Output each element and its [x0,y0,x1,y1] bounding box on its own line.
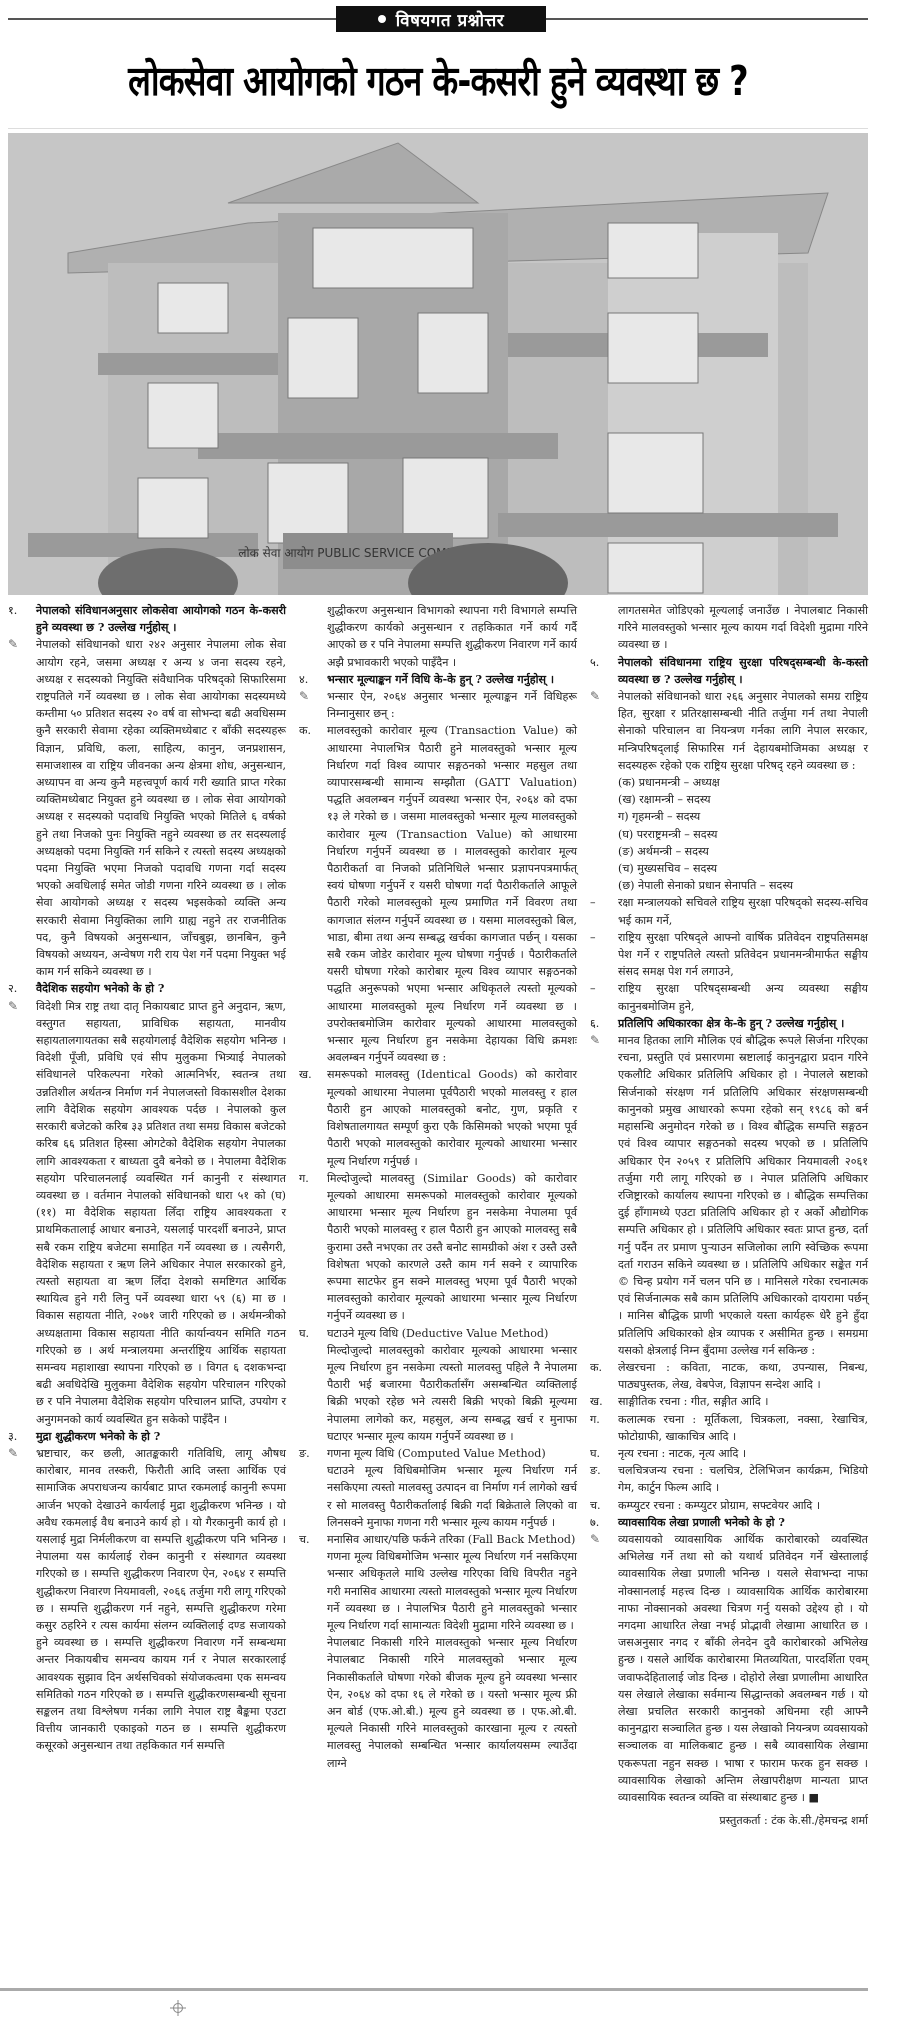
question-text: प्रतिलिपि अधिकारका क्षेत्र के-के हुन् ? … [618,1015,868,1032]
question-number: ४. [299,671,327,688]
method-gha: घ. घटाउने मूल्य विधि (Deductive Value Me… [299,1325,577,1342]
question-2: २. वैदेशिक सहयोग भनेको के हो ? [8,980,286,997]
question-4: ४. भन्सार मूल्याङ्कन गर्ने विधि के-के हु… [299,671,577,688]
article-body: १. नेपालको संविधानअनुसार लोकसेवा आयोगको … [8,602,868,1829]
method-cha-body: गणना मूल्य विधिबमोजिम भन्सार मूल्य निर्ध… [299,1548,577,1634]
section-label: विषयगत प्रश्नोत्तर [336,6,546,32]
pen-icon: ✎ [8,998,36,1428]
answer-3-continued: शुद्धीकरण अनुसन्धान विभागको स्थापना गरी … [299,602,577,671]
pen-icon: ✎ [590,1032,618,1359]
item-text: गणना मूल्य विधि (Computed Value Method) [327,1445,577,1462]
method-gha-body: मिल्दोजुल्दो मालवस्तुको कारोवार मूल्यको … [299,1342,577,1445]
council-note: – रक्षा मन्त्रालयको सचिवले राष्ट्रिय सुर… [590,894,868,928]
council-member: (ङ) अर्थमन्त्री – सदस्य [618,843,868,860]
registration-mark-icon [170,2000,186,2016]
question-7: ७. व्यावसायिक लेखा प्रणाली भनेको के हो ? [590,1514,868,1531]
item-text: नृत्य रचना : नाटक, नृत्य आदि । [618,1445,868,1462]
item-label: ग. [590,1411,618,1445]
question-number: ६. [590,1015,618,1032]
answer-text: भन्सार ऐन, २०६४ अनुसार भन्सार मूल्याङ्कन… [327,688,577,722]
item-text: कलात्मक रचना : मूर्तिकला, चित्रकला, नक्स… [618,1411,868,1445]
area-item: ख. साङ्गीतिक रचना : गीत, सङ्गीत आदि । [590,1393,868,1410]
method-ga: ग. मिल्दोजुल्दो मालवस्तु (Similar Goods)… [299,1170,577,1325]
building-photo: लोक सेवा आयोग PUBLIC SERVICE COMMISSION [8,133,868,595]
answer-1: ✎ नेपालको संविधानको धारा २४२ अनुसार नेपा… [8,636,286,980]
pen-icon: ✎ [590,1531,618,1806]
item-text: मालवस्तुको कारोवार मूल्य (Transaction Va… [327,722,577,1066]
section-label-text: विषयगत प्रश्नोत्तर [396,8,505,31]
item-label: क. [590,1359,618,1393]
item-label: घ. [299,1325,327,1342]
item-label: च. [590,1497,618,1514]
answer-text: मानव हितका लागि मौलिक एवं बौद्धिक रूपले … [618,1032,868,1359]
question-6: ६. प्रतिलिपि अधिकारका क्षेत्र के-के हुन्… [590,1015,868,1032]
council-member: ग) गृहमन्त्री – सदस्य [618,808,868,825]
answer-3: ✎ भ्रष्टाचार, कर छली, आतङ्ककारी गतिविधि,… [8,1445,286,1755]
column-1: १. नेपालको संविधानअनुसार लोकसेवा आयोगको … [8,602,286,1829]
item-label: घ. [590,1445,618,1462]
headline: लोकसेवा आयोगको गठन के-कसरी हुने व्यवस्था… [85,52,790,108]
item-label: ख. [590,1393,618,1410]
question-text: नेपालको संविधानमा राष्ट्रिय सुरक्षा परिष… [618,654,868,688]
answer-text: भ्रष्टाचार, कर छली, आतङ्ककारी गतिविधि, ल… [36,1445,286,1755]
council-member: (च) मुख्यसचिव – सदस्य [618,860,868,877]
area-item: च. कम्प्युटर रचना : कम्प्युटर प्रोग्राम,… [590,1497,868,1514]
method-ka: क. मालवस्तुको कारोवार मूल्य (Transaction… [299,722,577,1066]
item-label: ङ. [299,1445,327,1462]
footer-rule [0,1988,868,1991]
item-label: ङ. [590,1462,618,1496]
item-label: क. [299,722,327,1066]
question-text: मुद्रा शुद्धीकरण भनेको के हो ? [36,1428,286,1445]
divider [8,128,868,129]
building-illustration: लोक सेवा आयोग PUBLIC SERVICE COMMISSION [8,133,868,595]
item-text: मिल्दोजुल्दो मालवस्तु (Similar Goods) को… [327,1170,577,1325]
question-5: ५. नेपालको संविधानमा राष्ट्रिय सुरक्षा प… [590,654,868,688]
area-item: ग. कलात्मक रचना : मूर्तिकला, चित्रकला, न… [590,1411,868,1445]
item-text: मनासिव आधार/पछि फर्कने तरिका (Fall Back … [327,1531,577,1548]
council-note: – राष्ट्रिय सुरक्षा परिषद्सम्बन्धी अन्य … [590,980,868,1014]
item-label: ग. [299,1170,327,1325]
column-2: शुद्धीकरण अनुसन्धान विभागको स्थापना गरी … [299,602,577,1829]
answer-text: व्यवसायको व्यावसायिक आर्थिक कारोबारको व्… [618,1531,868,1806]
method-kha: ख. समरूपको मालवस्तु (Identical Goods) को… [299,1066,577,1169]
area-item: घ. नृत्य रचना : नाटक, नृत्य आदि । [590,1445,868,1462]
answer-text: विदेशी मित्र राष्ट्र तथा दातृ निकायबाट प… [36,998,286,1428]
council-note: – राष्ट्रिय सुरक्षा परिषद्ले आफ्नो वार्ष… [590,929,868,981]
question-number: ५. [590,654,618,688]
question-text: व्यावसायिक लेखा प्रणाली भनेको के हो ? [618,1514,868,1531]
export-paragraph: नेपालबाट निकासी गरिने मालवस्तुको भन्सार … [299,1634,577,1772]
byline: प्रस्तुतकर्ता : टंक के.सी./हेमचन्द्र शर्… [590,1812,868,1829]
council-member: (छ) नेपाली सेनाको प्रधान सेनापति – सदस्य [618,877,868,894]
answer-5-intro: ✎ नेपालको संविधानको धारा २६६ अनुसार नेपा… [590,688,868,774]
pen-icon: ✎ [8,636,36,980]
item-text: चलचित्रजन्य रचना : चलचित्र, टेलिभिजन कार… [618,1462,868,1496]
question-number: २. [8,980,36,997]
area-item: ङ. चलचित्रजन्य रचना : चलचित्र, टेलिभिजन … [590,1462,868,1496]
question-number: १. [8,602,36,636]
column-3: लागतसमेत जोडिएको मूल्यलाई जनाउँछ । नेपाल… [590,602,868,1829]
council-member: (ख) रक्षामन्त्री – सदस्य [618,791,868,808]
pen-icon: ✎ [590,688,618,774]
method-cha: च. मनासिव आधार/पछि फर्कने तरिका (Fall Ba… [299,1531,577,1548]
answer-text: नेपालको संविधानको धारा २४२ अनुसार नेपालम… [36,636,286,980]
item-label: ख. [299,1066,327,1169]
method-nga-body: घटाउने मूल्य विधिबमोजिम भन्सार मूल्य निर… [299,1462,577,1531]
question-3: ३. मुद्रा शुद्धीकरण भनेको के हो ? [8,1428,286,1445]
note-text: रक्षा मन्त्रालयको सचिवले राष्ट्रिय सुरक्… [618,894,868,928]
question-number: ७. [590,1514,618,1531]
item-label: च. [299,1531,327,1548]
answer-7: ✎ व्यवसायको व्यावसायिक आर्थिक कारोबारको … [590,1531,868,1806]
item-text: कम्प्युटर रचना : कम्प्युटर प्रोग्राम, सफ… [618,1497,868,1514]
item-text: घटाउने मूल्य विधि (Deductive Value Metho… [327,1325,577,1342]
question-number: ३. [8,1428,36,1445]
item-text: साङ्गीतिक रचना : गीत, सङ्गीत आदि । [618,1393,868,1410]
item-text: लेखरचना : कविता, नाटक, कथा, उपन्यास, निब… [618,1359,868,1393]
council-member: (घ) परराष्ट्रमन्त्री – सदस्य [618,826,868,843]
question-text: नेपालको संविधानअनुसार लोकसेवा आयोगको गठन… [36,602,286,636]
method-nga: ङ. गणना मूल्य विधि (Computed Value Metho… [299,1445,577,1462]
bullet-icon [378,15,386,23]
note-text: राष्ट्रिय सुरक्षा परिषद्ले आफ्नो वार्षिक… [618,929,868,981]
question-text: वैदेशिक सहयोग भनेको के हो ? [36,980,286,997]
answer-6: ✎ मानव हितका लागि मौलिक एवं बौद्धिक रूपल… [590,1032,868,1359]
pen-icon: ✎ [299,688,327,722]
question-text: भन्सार मूल्याङ्कन गर्ने विधि के-के हुन् … [327,671,577,688]
item-text: समरूपको मालवस्तु (Identical Goods) को का… [327,1066,577,1169]
export-paragraph-continued: लागतसमेत जोडिएको मूल्यलाई जनाउँछ । नेपाल… [590,602,868,654]
dash-icon: – [590,980,618,1014]
answer-4-intro: ✎ भन्सार ऐन, २०६४ अनुसार भन्सार मूल्याङ्… [299,688,577,722]
answer-2: ✎ विदेशी मित्र राष्ट्र तथा दातृ निकायबाट… [8,998,286,1428]
council-list: (क) प्रधानमन्त्री – अध्यक्ष (ख) रक्षामन्… [590,774,868,894]
answer-text: नेपालको संविधानको धारा २६६ अनुसार नेपालक… [618,688,868,774]
dash-icon: – [590,894,618,928]
area-item: क. लेखरचना : कविता, नाटक, कथा, उपन्यास, … [590,1359,868,1393]
note-text: राष्ट्रिय सुरक्षा परिषद्सम्बन्धी अन्य व्… [618,980,868,1014]
dash-icon: – [590,929,618,981]
question-1: १. नेपालको संविधानअनुसार लोकसेवा आयोगको … [8,602,286,636]
pen-icon: ✎ [8,1445,36,1755]
council-member: (क) प्रधानमन्त्री – अध्यक्ष [618,774,868,791]
